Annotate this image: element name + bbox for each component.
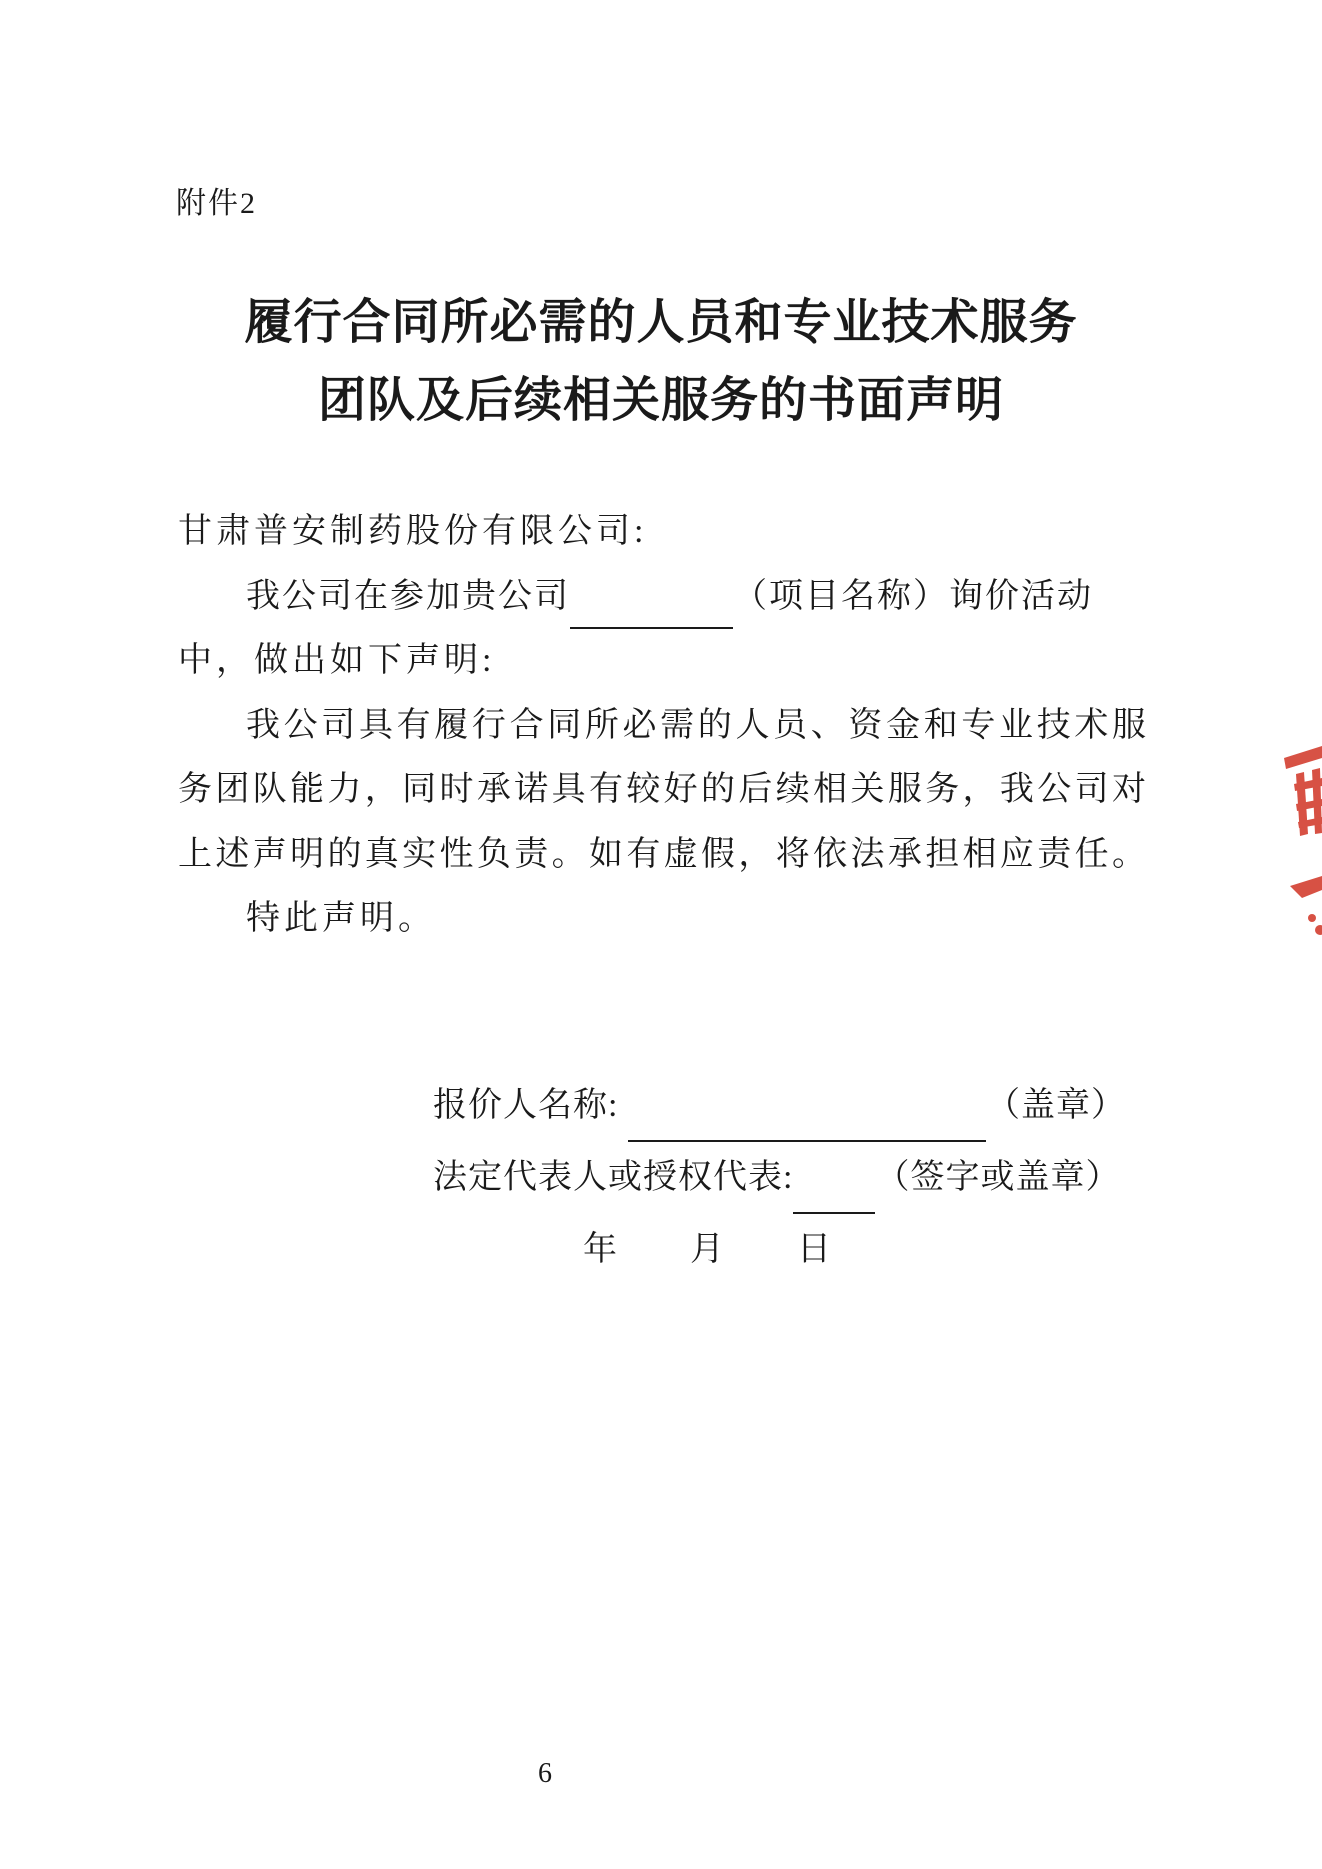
project-name-blank bbox=[570, 587, 733, 629]
bidder-name-label: 报价人名称: bbox=[433, 1087, 618, 1124]
document-page: 附件2 履行合同所必需的人员和专业技术服务 团队及后续相关服务的书面声明 甘肃普… bbox=[0, 0, 1322, 1869]
bidder-seal-note: （盖章） bbox=[986, 1087, 1126, 1124]
date-year-label: 年 bbox=[583, 1231, 618, 1268]
document-body: 甘肃普安制药股份有限公司: 我公司在参加贵公司（项目名称）询价活动 中，做出如下… bbox=[178, 500, 1148, 952]
paragraph2-line3: 上述声明的真实性负责。如有虚假，将依法承担相应责任。 bbox=[178, 823, 1148, 888]
addressee-line: 甘肃普安制药股份有限公司: bbox=[178, 500, 1148, 565]
paragraph2-line1: 我公司具有履行合同所必需的人员、资金和专业技术服 bbox=[178, 694, 1148, 759]
paragraph2-line2: 务团队能力，同时承诺具有较好的后续相关服务，我公司对 bbox=[178, 758, 1148, 823]
document-title-line1: 履行合同所必需的人员和专业技术服务 bbox=[0, 284, 1322, 362]
attachment-label: 附件2 bbox=[176, 178, 257, 222]
representative-blank bbox=[793, 1172, 875, 1214]
date-day-label: 日 bbox=[797, 1231, 832, 1268]
paragraph1-line2: 中，做出如下声明: bbox=[178, 629, 1148, 694]
bidder-name-line: 报价人名称: （盖章） bbox=[433, 1070, 1126, 1142]
representative-line: 法定代表人或授权代表:（签字或盖章） bbox=[433, 1142, 1126, 1214]
page-number: 6 bbox=[538, 1758, 552, 1790]
document-title: 履行合同所必需的人员和专业技术服务 团队及后续相关服务的书面声明 bbox=[0, 284, 1322, 440]
paragraph3-line: 特此声明。 bbox=[178, 887, 1148, 952]
red-seal-fragment-icon bbox=[1282, 738, 1322, 948]
bidder-name-blank bbox=[628, 1100, 986, 1142]
paragraph1-text-before-blank: 我公司在参加贵公司 bbox=[246, 578, 570, 615]
signature-block: 报价人名称: （盖章） 法定代表人或授权代表:（签字或盖章） 年月日 bbox=[433, 1070, 1126, 1286]
representative-label: 法定代表人或授权代表: bbox=[433, 1159, 793, 1196]
date-line: 年月日 bbox=[433, 1214, 1126, 1286]
document-title-line2: 团队及后续相关服务的书面声明 bbox=[0, 362, 1322, 440]
date-month-label: 月 bbox=[690, 1231, 725, 1268]
representative-seal-note: （签字或盖章） bbox=[875, 1159, 1120, 1196]
paragraph1-text-after-blank: （项目名称）询价活动 bbox=[733, 578, 1093, 615]
paragraph1-line1: 我公司在参加贵公司（项目名称）询价活动 bbox=[178, 565, 1148, 630]
